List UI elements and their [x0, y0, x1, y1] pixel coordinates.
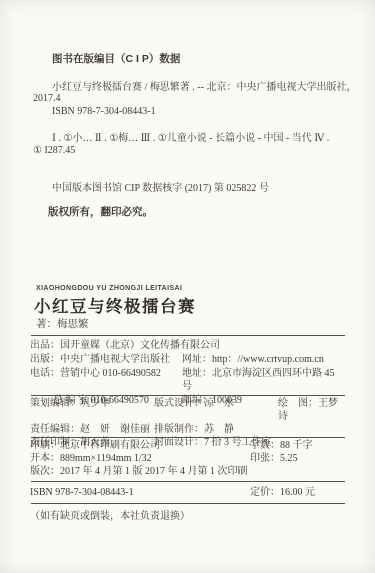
divider-rule-4: [31, 481, 345, 482]
sheets: 印张：5.25: [250, 453, 298, 466]
title-pinyin: XIAOHONGDOU YU ZHONGJI LEITAISAI: [36, 285, 182, 292]
divider-rule-1: [31, 335, 345, 336]
printing-row: 开本：889mm×1194mm 1/32 印张：5.25: [30, 453, 346, 466]
publisher-row: 出品：国开童媒（北京）文化传播有限公司: [30, 339, 346, 353]
defect-exchange-note: （如有缺页或倒装，本社负责退换）: [30, 507, 190, 522]
isbn-price-row: ISBN 978-7-304-08443-1 定价：16.00 元: [30, 487, 346, 500]
layout-design: 版式设计：凉 水: [154, 398, 278, 424]
copyright-page: 图书在版编目（C I P）数据 小红豆与终极擂台赛 / 梅思繁著 . -- 北京…: [0, 0, 375, 573]
printing-row: 版次：2017 年 4 月第 1 版 2017 年 4 月第 1 次印刷: [30, 466, 346, 479]
copyright-notice: 版权所有，翻印必究。: [48, 204, 153, 219]
typesetting: 排版制作：苏 静: [154, 424, 278, 437]
footer-isbn: ISBN 978-7-304-08443-1: [30, 487, 250, 500]
responsible-editor: 责任编辑：赵 妍 谢佳丽: [30, 424, 154, 437]
divider-rule-2: [31, 395, 345, 396]
cip-entry-line2: 2017.4: [33, 93, 61, 104]
illustration: 绘 图：王梦诗: [278, 398, 346, 424]
word-count: 字数：88 千字: [250, 440, 313, 453]
divider-rule-3: [31, 437, 345, 438]
produced-by: 出品：国开童媒（北京）文化传播有限公司: [30, 339, 220, 353]
edition: 版次：2017 年 4 月第 1 版 2017 年 4 月第 1 次印刷: [30, 466, 248, 479]
isbn-price-block: ISBN 978-7-304-08443-1 定价：16.00 元: [30, 487, 346, 500]
format: 开本：889mm×1194mm 1/32: [30, 453, 250, 466]
cip-record-number: 中国版本图书馆 CIP 数据核字 (2017) 第 025822 号: [52, 179, 269, 194]
book-title: 小红豆与终极擂台赛: [34, 293, 196, 317]
staff-row: 策划编辑：巩少华 版式设计：凉 水 绘 图：王梦诗: [30, 398, 346, 424]
staff-row: 责任编辑：赵 妍 谢佳丽 排版制作：苏 静: [30, 424, 346, 437]
printer: 印刷：北京中科印刷有限公司: [30, 440, 250, 453]
price: 定价：16.00 元: [250, 487, 315, 500]
divider-rule-5: [31, 503, 345, 504]
cip-entry-line1: 小红豆与终极擂台赛 / 梅思繁著 . -- 北京：中央广播电视大学出版社，: [52, 78, 356, 93]
phone-marketing: 电话：营销中心 010-66490582: [30, 367, 182, 395]
publisher-row: 出版：中央广播电视大学出版社 网址：http：//www.crtvup.com.…: [30, 353, 346, 367]
published-by: 出版：中央广播电视大学出版社: [30, 353, 182, 367]
address: 地址：北京市海淀区西四环中路 45 号: [182, 367, 346, 395]
website: 网址：http：//www.crtvup.com.cn: [182, 353, 324, 367]
cip-isbn: ISBN 978-7-304-08443-1: [52, 106, 156, 117]
book-author: 著：梅思繁: [36, 316, 89, 331]
printing-row: 印刷：北京中科印刷有限公司 字数：88 千字: [30, 440, 346, 453]
cip-classification-line2: ① I287.45: [33, 145, 75, 156]
publisher-row: 电话：营销中心 010-66490582 地址：北京市海淀区西四环中路 45 号: [30, 367, 346, 395]
planning-editor: 策划编辑：巩少华: [30, 398, 154, 424]
printing-block: 印刷：北京中科印刷有限公司 字数：88 千字 开本：889mm×1194mm 1…: [30, 440, 346, 479]
cip-classification-line1: Ⅰ . ①小… Ⅱ . ①梅… Ⅲ . ①儿童小说 - 长篇小说 - 中国 - …: [52, 129, 329, 144]
cip-heading: 图书在版编目（C I P）数据: [52, 51, 180, 66]
